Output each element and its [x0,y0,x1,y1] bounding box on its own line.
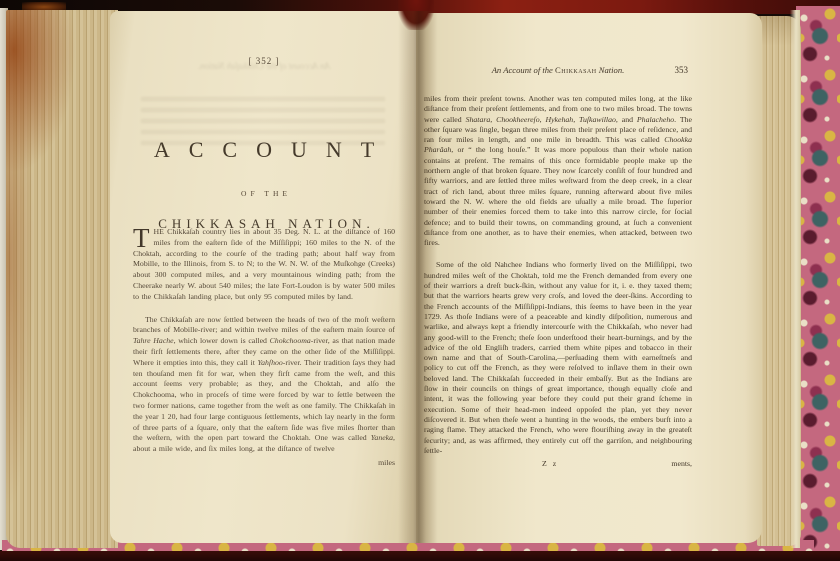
paragraph-text: HE Chikkaſah country lies in about 35 De… [133,227,395,301]
running-header: An Account of the Chikkasah Nation. 353 [424,65,692,75]
right-page-body: miles from their preſent towns. Another … [424,94,692,471]
drop-cap: T [133,228,150,248]
right-page: An Account of the Chikkasah Nation. 353 … [416,13,762,543]
catchword: ments, [671,459,692,468]
spine-headband-red [398,0,434,30]
header-italic-post: Nation. [597,65,625,75]
endpaper-fold-edge [790,10,800,548]
left-page: An Account of the Chikkaſah Nation. [ 35… [110,11,416,543]
left-page-body: THE Chikkaſah country lies in about 35 D… [133,227,395,467]
marbled-endpaper-right [796,6,840,552]
section-title-account: ACCOUNT [133,137,395,163]
section-title-of-the: OF THE [133,189,395,198]
left-page-text-column: An Account of the Chikkaſah Nation. [ 35… [133,11,395,543]
header-italic-pre: An Account of the [492,65,555,75]
folio-number: [ 352 ] [133,56,395,66]
page-fore-edge-left [6,10,118,548]
catchword: miles [133,458,395,467]
body-paragraph: Some of the old Nahchee Indians who form… [424,260,692,456]
book-cover-bottom-edge [0,551,840,561]
body-paragraph: THE Chikkaſah country lies in about 35 D… [133,227,395,303]
right-page-text-column: An Account of the Chikkasah Nation. 353 … [424,13,692,543]
signature-line: Z z ments, [424,459,692,471]
page-number: 353 [675,65,689,75]
open-book-photo: An Account of the Chikkaſah Nation. [ 35… [0,0,840,561]
running-header-title: An Account of the Chikkasah Nation. [424,65,692,75]
header-smallcaps: Chikkasah [555,65,597,75]
signature-mark: Z z [542,459,558,468]
body-paragraph: The Chikkaſah are now ſettled between th… [133,315,395,455]
body-paragraph: miles from their preſent towns. Another … [424,94,692,248]
